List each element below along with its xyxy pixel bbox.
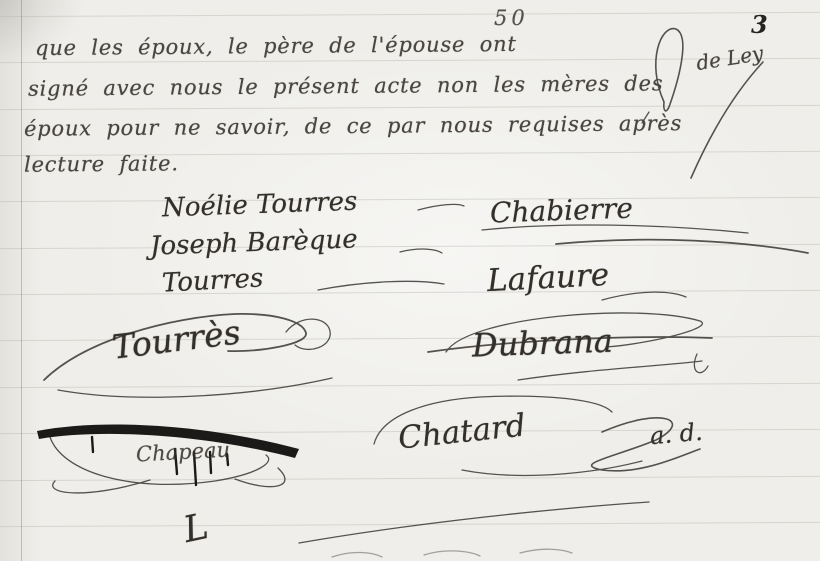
signature-officiant-suffix: a. d. <box>649 418 704 450</box>
ruled-line <box>0 521 820 527</box>
ruled-line <box>0 382 820 388</box>
ruled-line <box>0 196 820 202</box>
signature-lafaure: Lafaure <box>486 257 610 299</box>
scanned-register-page: 50 3 de Ley que les époux, le père de l'… <box>0 0 820 561</box>
pencil-page-number: 50 <box>494 6 529 30</box>
signature-dubrana: Dubrana <box>471 322 613 365</box>
act-body-line: lecture faite. <box>24 151 179 176</box>
left-margin-rule <box>21 0 22 561</box>
act-body-line: que les époux, le père de l'épouse ont <box>35 32 517 60</box>
ruled-line <box>0 243 820 249</box>
signature-chabierre: Chabierre <box>489 192 633 230</box>
sheet-number: 3 <box>751 10 768 39</box>
signature-tourres: Tourres <box>161 263 264 298</box>
ruled-line <box>0 289 820 295</box>
ruled-line <box>0 11 820 17</box>
signature-blotted: Chapeau <box>135 438 230 467</box>
ruled-line <box>0 104 820 110</box>
ruled-line <box>0 475 820 481</box>
